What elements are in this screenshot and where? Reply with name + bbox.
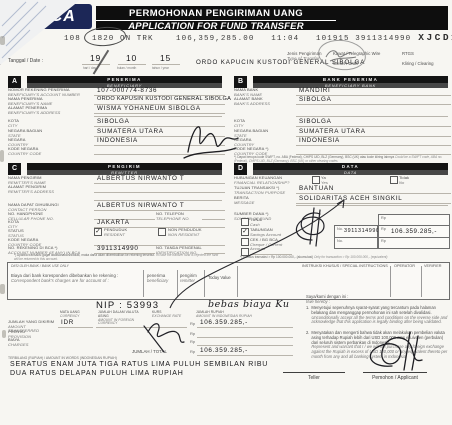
value-bank-country: INDONESIA	[296, 137, 451, 146]
applicant-signature-line	[363, 372, 427, 373]
cell-divider	[421, 266, 422, 297]
date-year-line	[152, 64, 180, 65]
scan-smudge	[2, 330, 6, 338]
amount-in-words-label: TERBILANG (RUPIAH) / AMOUNT IN WORDS (IN…	[8, 356, 117, 360]
amount-in-words-line1: SERATUS ENAM JUTA TIGA RATUS LIMA PULUH …	[10, 361, 268, 368]
checkbox-financial-no	[390, 176, 398, 184]
label-bank-address: ALAMAT BANKBANK'S ADDRESS	[234, 97, 292, 106]
verifier-header: VERIFIER	[424, 264, 442, 268]
applicant-signature	[352, 330, 432, 374]
terms-intro-en: I/we hereby :	[306, 299, 330, 304]
rp-prefix: Rp	[190, 321, 195, 326]
scanned-transfer-form: BCA PERMOHONAN PENGIRIMAN UANG APPLICATI…	[0, 0, 452, 425]
applicant-signature-label: Pemohon / Applicant	[363, 375, 427, 381]
value-beneficiary-name: ORDO KAPUSIN KUSTODI GENERAL SIBOLGA	[94, 96, 225, 105]
teller-stamp-scribble	[322, 45, 362, 65]
label-beneficiary-city: KOTACITY	[8, 119, 92, 128]
checkbox-resident: ✓	[94, 228, 102, 236]
operator-header: OPERATOR	[394, 264, 415, 268]
value-bank-state: SUMATERA UTARA	[296, 128, 451, 137]
value-currency: IDR	[58, 319, 93, 328]
currency-column-header: MATA UANGCURRENCY	[60, 311, 88, 319]
scan-smudge	[0, 150, 4, 162]
date-month-line	[118, 64, 146, 65]
bank-address-extra-line	[296, 116, 448, 117]
rp-prefix: Rp	[190, 349, 195, 354]
option-rtgs: RTGS	[402, 51, 414, 56]
value-total: 106.359.285,-	[197, 347, 293, 356]
section-c-header: PENGIRIM REMITTER	[27, 163, 222, 175]
label-beneficiary-address: ALAMAT PENERIMABENEFICIARY'S ADDRESS	[8, 106, 92, 115]
amount-in-words-line2: DUA RATUS DELAPAN PULUH LIMA RUPIAH	[10, 370, 184, 377]
label-financial-yes: YaYes	[321, 176, 337, 185]
rp-prefix: Rp	[381, 239, 386, 243]
section-d-letter: D	[234, 163, 247, 175]
label-bank-city: KOTACITY	[234, 119, 292, 128]
cell-divider	[143, 270, 144, 297]
charges-label: Biaya dari bank koresponden dibebankan k…	[11, 273, 139, 283]
date-day-line	[82, 64, 110, 65]
value-bank-name: MANDIRI	[296, 87, 451, 96]
date-month: 10	[126, 53, 137, 63]
date-label: Tanggal / Date :	[8, 58, 43, 64]
value-beneficiary-account: 107-000774-8736	[94, 87, 225, 96]
bank-use-header: DIISI OLEH BANK / BANK USE ONLY	[11, 264, 69, 268]
section-c-letter: C	[8, 163, 21, 175]
label-financial-no: TidakNo	[399, 176, 417, 185]
value-remitter-name: ALBERTUS NIRWANTO T	[94, 175, 225, 184]
form-title-id: PERMOHONAN PENGIRIMAN UANG	[96, 8, 336, 21]
savings-amount: 106.359.285,-	[391, 228, 437, 235]
date-sub-month: bulan / month	[117, 66, 136, 70]
teller-signature-line	[283, 372, 345, 373]
rp-prefix: Rp	[381, 227, 386, 231]
signature-scribble-a	[180, 116, 242, 162]
form-title-bar: PERMOHONAN PENGIRIMAN UANG APPLICATION F…	[96, 6, 448, 30]
signature-scribble-amounts	[138, 318, 188, 354]
rp-prefix: Rp	[381, 216, 386, 220]
value-beneficiary-address: WISMA YOHANEUM SIBOLGA	[94, 105, 225, 114]
teller-validation-code: XJCD1	[418, 32, 452, 43]
value-rupiah-amount: 106.359.285,-	[197, 319, 293, 328]
label-beneficiary-country-code: KODE NEGARACOUNTRY CODE	[8, 147, 92, 156]
label-resident: PENDUDUKRESIDENT	[104, 228, 144, 237]
rp-prefix: Rp	[190, 339, 195, 344]
label-remitter-address: ALAMAT PENGIRIMREMITTER'S ADDRESS	[8, 185, 92, 194]
form-title-en: APPLICATION FOR FUND TRANSFER	[96, 21, 336, 32]
cheque-amount-box: Rp	[378, 237, 450, 249]
option-clearing: Kliring / Clearing	[402, 61, 434, 66]
scan-smudge	[0, 36, 5, 45]
date-year: 15	[160, 53, 171, 63]
checkbox-financial-yes	[312, 176, 320, 184]
label-charges: BIAYACHARGES	[8, 338, 56, 347]
rupiah-column-header: JUMLAH RUPIAHAMOUNT IN INDONESIAN RUPIAH	[196, 311, 260, 319]
teller-signature-label: Teller	[283, 375, 345, 381]
value-bank-city: SIBOLGA	[296, 118, 451, 127]
label-financial-relationship: HUBUNGAN KEUANGANFINANCIAL RELATIONSHIP?	[234, 176, 296, 185]
rp-prefix: Rp	[190, 331, 195, 336]
terms-item-1: 1. Menyetujui sepenuhnya syarat-syarat y…	[306, 306, 448, 325]
date-sub-year: tahun / year	[152, 66, 169, 70]
section-d-header: DATA DATA	[253, 163, 448, 175]
cell-divider	[390, 266, 391, 297]
section-d-title-en: DATA	[253, 170, 448, 176]
value-bank-country-code	[296, 146, 451, 155]
value-bank-address: SIBOLGA	[296, 96, 451, 105]
scan-smudge	[0, 284, 5, 294]
value-charges	[197, 337, 293, 346]
